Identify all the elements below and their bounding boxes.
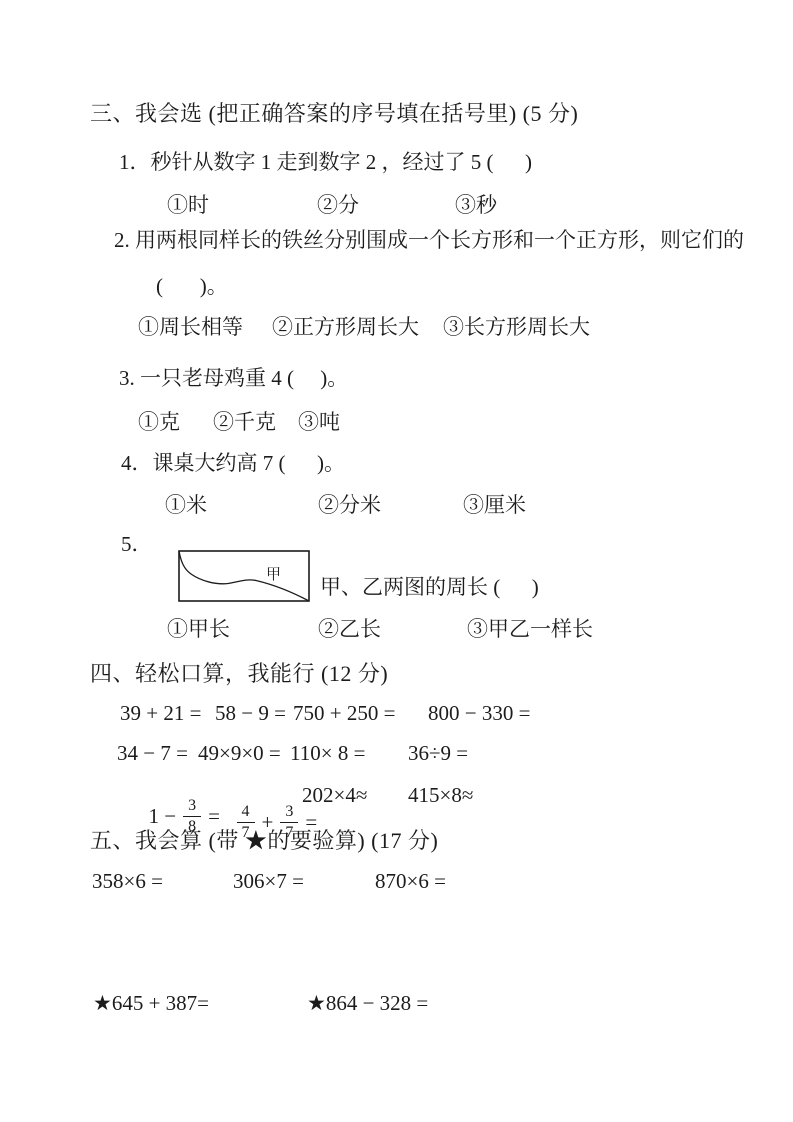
q5-option-3: ③甲乙一样长 — [467, 613, 593, 643]
starred-calc-row: ★645 + 387= ★864 − 328 = — [0, 991, 793, 1021]
calc-expr: 358×6 = — [92, 869, 163, 894]
q5-figure: 甲 — [178, 550, 310, 607]
test-paper-page: 三、我会选 (把正确答案的序号填在括号里) (5 分) 1．秒针从数字 1 走到… — [0, 0, 793, 1122]
q2-option-2: ②正方形周长大 — [272, 311, 419, 341]
q2-options: ①周长相等 ②正方形周长大 ③长方形周长大 — [0, 311, 793, 339]
fraction-numerator: 3 — [280, 803, 298, 823]
calc-expr: 306×7 = — [233, 869, 304, 894]
oral-expr: 800 − 330 = — [428, 701, 530, 726]
oral-expr: 36÷9 = — [408, 741, 468, 766]
oral-expr: 202×4≈ — [302, 783, 367, 808]
oral-expr: 750 + 250 = — [293, 701, 395, 726]
q1-option-1: ①时 — [167, 189, 209, 219]
oral-expr: 415×8≈ — [408, 783, 473, 808]
oral-calc-row3: 1 − 3 8 = 4 7 + 3 7 = — [0, 772, 793, 818]
q3-options: ①克 ②千克 ③吨 — [0, 406, 793, 434]
section3-title: 三、我会选 (把正确答案的序号填在括号里) (5 分) — [90, 101, 578, 127]
q5-option-1: ①甲长 — [167, 613, 230, 643]
q5-number: 5． — [121, 532, 153, 557]
q4-option-1: ①米 — [165, 489, 207, 519]
q1-options: ①时 ②分 ③秒 — [0, 189, 793, 217]
q4-option-2: ②分米 — [318, 489, 381, 519]
fraction-numerator: 3 — [183, 797, 201, 817]
q2-text-line2: ( )。 — [156, 274, 228, 299]
section5-title: 五、我会算 (带 ★的要验算) (17 分) — [90, 828, 438, 854]
oral-expr: 110× 8 = — [290, 741, 365, 766]
fraction-numerator: 4 — [237, 803, 255, 823]
q1-text: 1．秒针从数字 1 走到数字 2 ，经过了 5 ( ) — [119, 150, 532, 175]
q5-options: ①甲长 ②乙长 ③甲乙一样长 — [0, 613, 793, 641]
q1-option-2: ②分 — [317, 189, 359, 219]
q1-option-3: ③秒 — [455, 189, 497, 219]
expr-prefix: 1 − — [149, 804, 177, 829]
section4-title: 四、轻松口算，我能行 (12 分) — [90, 661, 388, 687]
q2-option-3: ③长方形周长大 — [443, 311, 590, 341]
oral-expr: 49×9×0 = — [198, 741, 281, 766]
q2-option-1: ①周长相等 — [138, 311, 243, 341]
starred-calc-expr: ★645 + 387= — [93, 991, 209, 1016]
perimeter-figure-svg: 甲 — [178, 550, 310, 602]
oral-expr: 34 − 7 = — [117, 741, 188, 766]
written-calc-row: 358×6 = 306×7 = 870×6 = — [0, 869, 793, 899]
oral-calc-row2: 34 − 7 = 49×9×0 = 110× 8 = 36÷9 = — [0, 741, 793, 771]
oral-expr: 58 − 9 = — [215, 701, 286, 726]
starred-calc-expr: ★864 − 328 = — [307, 991, 428, 1016]
q5-option-2: ②乙长 — [318, 613, 381, 643]
q4-option-3: ③厘米 — [463, 489, 526, 519]
calc-expr: 870×6 = — [375, 869, 446, 894]
figure-region-label: 甲 — [266, 566, 281, 583]
q3-option-2: ②千克 — [213, 406, 276, 436]
q4-options: ①米 ②分米 ③厘米 — [0, 489, 793, 517]
q5-text: 甲、乙两图的周长 ( ) — [320, 575, 539, 600]
oral-calc-row1: 39 + 21 = 58 − 9 = 750 + 250 = 800 − 330… — [0, 701, 793, 731]
q3-option-3: ③吨 — [298, 406, 340, 436]
figure-dividing-curve — [179, 551, 309, 601]
q3-text: 3. 一只老母鸡重 4 ( )。 — [119, 366, 348, 391]
figure-rectangle — [179, 551, 309, 601]
oral-expr: 39 + 21 = — [120, 701, 201, 726]
q4-text: 4．课桌大约高 7 ( )。 — [121, 451, 345, 476]
q2-text-line1: 2. 用两根同样长的铁丝分别围成一个长方形和一个正方形，则它们的 — [114, 228, 744, 253]
q3-option-1: ①克 — [138, 406, 180, 436]
